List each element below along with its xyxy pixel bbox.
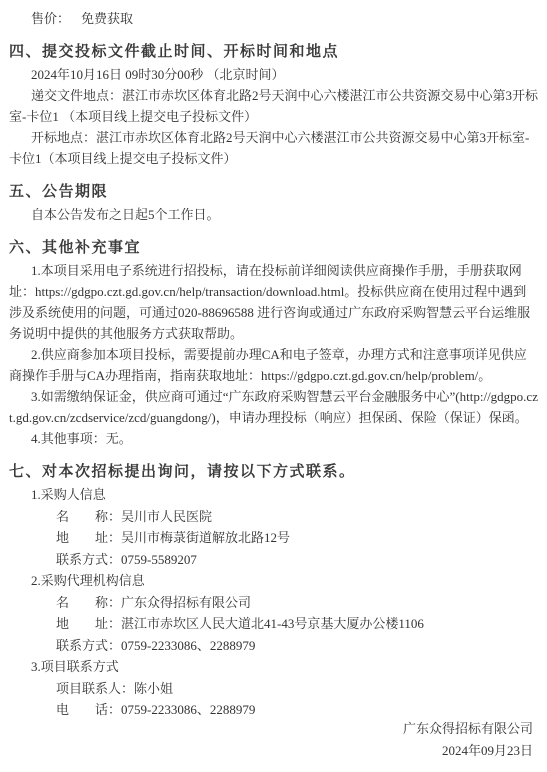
agency-address-value: 湛江市赤坎区人民大道北41-43号京基大厦办公楼1106	[121, 616, 424, 631]
supplementary-item-1: 1.本项目采用电子系统进行招投标，请在投标前详细阅读供应商操作手册，手册获取网址…	[9, 260, 538, 344]
tender-announcement-page: 售价：免费获取 四、提交投标文件截止时间、开标时间和地点 2024年10月16日…	[0, 0, 547, 772]
agency-name-label: 名 称：	[56, 595, 121, 610]
project-phone-label: 电 话：	[56, 702, 121, 717]
agency-info-group: 2.采购代理机构信息 名 称：广东众得招标有限公司 地 址：湛江市赤坎区人民大道…	[9, 570, 538, 656]
agency-contact-row: 联系方式：0759-2233086、2288979	[9, 635, 538, 657]
price-label: 售价：	[31, 11, 70, 26]
purchaser-address-label: 地 址：	[56, 530, 121, 545]
project-contact-person-row: 项目联系人：陈小姐	[9, 678, 538, 700]
purchaser-address-value: 吴川市梅菉街道解放北路12号	[121, 530, 290, 545]
project-contact-person-label: 项目联系人：	[56, 681, 134, 696]
project-contact-person-value: 陈小姐	[134, 681, 173, 696]
purchaser-info-group: 1.采购人信息 名 称：吴川市人民医院 地 址：吴川市梅菉街道解放北路12号 联…	[9, 484, 538, 570]
supplementary-item-2: 2.供应商参加本项目投标，需要提前办理CA和电子签章，办理方式和注意事项详见供应…	[9, 344, 538, 386]
section-heading-submission-deadline: 四、提交投标文件截止时间、开标时间和地点	[9, 40, 538, 64]
agency-name-row: 名 称：广东众得招标有限公司	[9, 592, 538, 614]
signature-block: 广东众得招标有限公司 2024年09月23日	[403, 718, 533, 762]
agency-contact-label: 联系方式：	[56, 638, 121, 653]
project-phone-value: 0759-2233086、2288979	[121, 702, 255, 717]
supplementary-item-3: 3.如需缴纳保证金，供应商可通过“广东政府采购智慧云平台金融服务中心”(http…	[9, 386, 538, 428]
agency-address-label: 地 址：	[56, 616, 121, 631]
group-title-project-contact: 3.项目联系方式	[9, 656, 538, 678]
purchaser-name-row: 名 称：吴川市人民医院	[9, 506, 538, 528]
supplementary-item-4: 4.其他事项：无。	[9, 428, 538, 449]
section-heading-contact-info: 七、对本次招标提出询问，请按以下方式联系。	[9, 460, 538, 484]
purchaser-contact-value: 0759-5589207	[121, 552, 197, 567]
signature-date: 2024年09月23日	[403, 740, 533, 762]
section-heading-announcement-period: 五、公告期限	[9, 180, 538, 204]
purchaser-address-row: 地 址：吴川市梅菉街道解放北路12号	[9, 527, 538, 549]
submission-location: 递交文件地点：湛江市赤坎区体育北路2号天润中心六楼湛江市公共资源交易中心第3开标…	[9, 85, 538, 127]
agency-name-value: 广东众得招标有限公司	[121, 595, 251, 610]
purchaser-name-value: 吴川市人民医院	[121, 509, 212, 524]
section-heading-supplementary-matters: 六、其他补充事宜	[9, 236, 538, 260]
group-title-purchaser: 1.采购人信息	[9, 484, 538, 506]
purchaser-name-label: 名 称：	[56, 509, 121, 524]
deadline-datetime: 2024年10月16日 09时30分00秒 （北京时间）	[9, 64, 538, 85]
purchaser-contact-row: 联系方式：0759-5589207	[9, 549, 538, 571]
agency-address-row: 地 址：湛江市赤坎区人民大道北41-43号京基大厦办公楼1106	[9, 613, 538, 635]
price-value: 免费获取	[81, 11, 133, 26]
announcement-period-text: 自本公告发布之日起5个工作日。	[9, 204, 538, 225]
agency-contact-value: 0759-2233086、2288979	[121, 638, 255, 653]
purchaser-contact-label: 联系方式：	[56, 552, 121, 567]
bid-opening-location: 开标地点：湛江市赤坎区体育北路2号天润中心六楼湛江市公共资源交易中心第3开标室-…	[9, 127, 538, 169]
price-line: 售价：免费获取	[9, 8, 538, 29]
group-title-agency: 2.采购代理机构信息	[9, 570, 538, 592]
project-contact-group: 3.项目联系方式 项目联系人：陈小姐 电 话：0759-2233086、2288…	[9, 656, 538, 721]
signature-company: 广东众得招标有限公司	[403, 718, 533, 740]
